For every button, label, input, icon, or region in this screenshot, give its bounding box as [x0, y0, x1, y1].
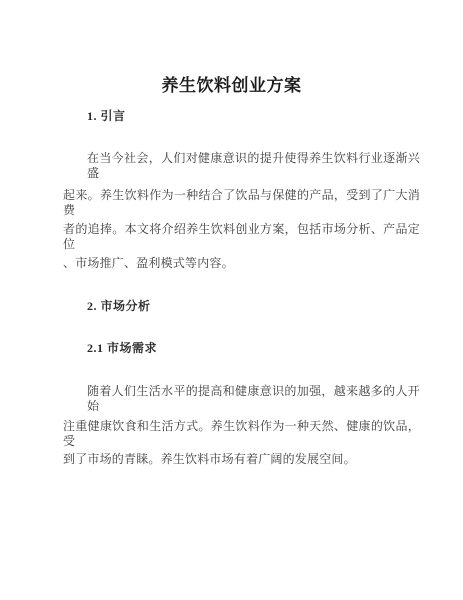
intro-paragraph-line: 、市场推广、盈利模式等内容。	[63, 256, 420, 271]
heading-market-demand: 2.1 市场需求	[87, 341, 157, 356]
document-title: 养生饮料创业方案	[0, 76, 463, 96]
demand-paragraph-line: 随着人们生活水平的提高和健康意识的加强，越来越多的人开始	[87, 384, 420, 414]
intro-paragraph-line: 在当今社会，人们对健康意识的提升使得养生饮料行业逐渐兴盛	[87, 151, 420, 181]
document-page: 养生饮料创业方案 1. 引言 在当今社会，人们对健康意识的提升使得养生饮料行业逐…	[0, 0, 463, 600]
heading-introduction: 1. 引言	[87, 109, 126, 124]
heading-market-analysis: 2. 市场分析	[87, 299, 151, 314]
intro-paragraph-line: 者的追捧。本文将介绍养生饮料创业方案，包括市场分析、产品定位	[63, 222, 420, 252]
demand-paragraph-line: 注重健康饮食和生活方式。养生饮料作为一种天然、健康的饮品，受	[63, 419, 420, 449]
intro-paragraph-line: 起来。养生饮料作为一种结合了饮品与保健的产品，受到了广大消费	[63, 188, 420, 218]
demand-paragraph-line: 到了市场的青睐。养生饮料市场有着广阔的发展空间。	[63, 452, 420, 467]
